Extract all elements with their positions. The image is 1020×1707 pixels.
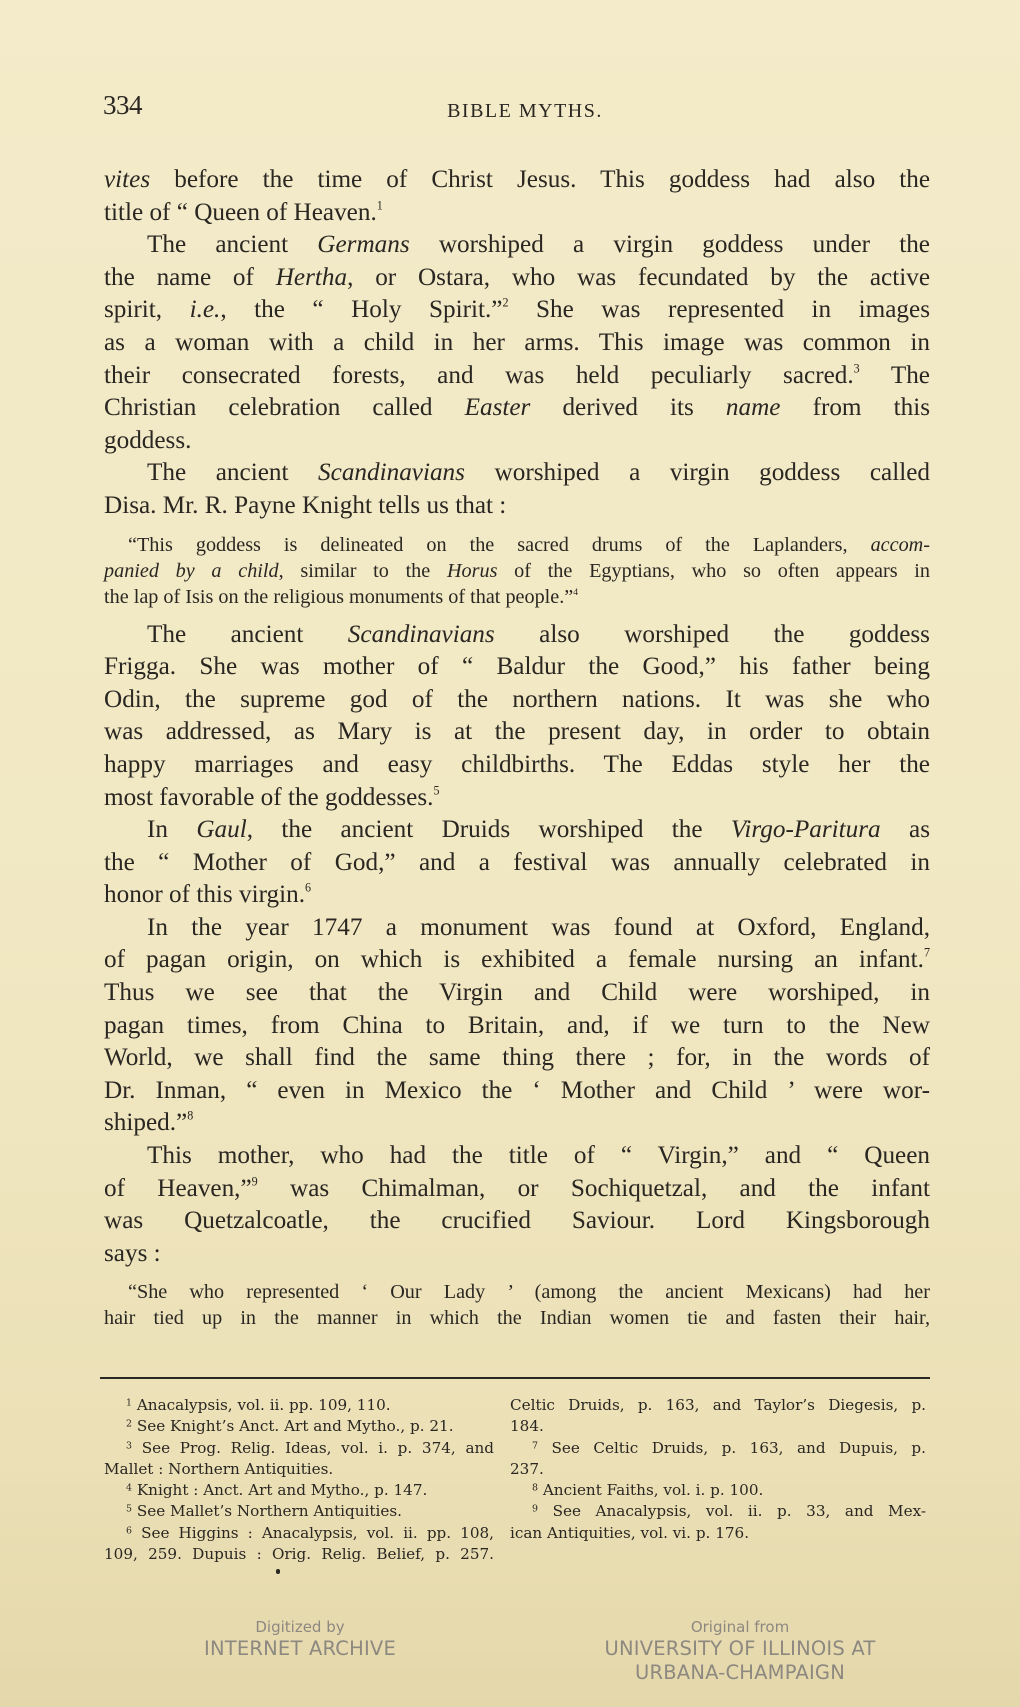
footnote: 5 See Mallet’s Northern Antiquities. xyxy=(104,1501,494,1522)
footnote-ref[interactable]: 4 xyxy=(573,586,578,597)
footnote-ref[interactable]: 1 xyxy=(377,198,383,212)
text-line: title of “ Queen of Heaven.1 xyxy=(104,197,930,230)
text-line: the “ Mother of God,” and a festival was… xyxy=(104,847,930,880)
footnote-ref[interactable]: 6 xyxy=(305,881,311,895)
footnote-continuation: ican Antiquities, vol. vi. p. 176. xyxy=(510,1523,926,1544)
paragraph: The ancient Scandinavians worshiped a vi… xyxy=(104,457,930,522)
ink-speck xyxy=(276,1569,280,1574)
text-line: “She who represented ‘ Our Lady ’ (among… xyxy=(104,1279,930,1305)
text-line: their consecrated forests, and was held … xyxy=(104,360,930,393)
text-line: the name of Hertha, or Ostara, who was f… xyxy=(104,262,930,295)
text-line: as a woman with a child in her arms. Thi… xyxy=(104,327,930,360)
footnote-ref[interactable]: 5 xyxy=(433,783,439,797)
text-line: In Gaul, the ancient Druids worshiped th… xyxy=(104,814,930,847)
paragraph: In Gaul, the ancient Druids worshiped th… xyxy=(104,814,930,912)
footnote: 4 Knight : Anct. Art and Mytho., p. 147. xyxy=(104,1480,494,1501)
footnote-continuation: 109, 259. Dupuis : Orig. Relig. Belief, … xyxy=(104,1544,494,1565)
text-line: vites before the time of Christ Jesus. T… xyxy=(104,164,930,197)
text-line: the lap of Isis on the religious monumen… xyxy=(104,584,930,610)
text-line: Christian celebration called Easter deri… xyxy=(104,392,930,425)
footnote: 7 See Celtic Druids, p. 163, and Dupuis,… xyxy=(510,1438,926,1459)
paragraph: The ancient Germans worshiped a virgin g… xyxy=(104,229,930,457)
text-line: goddess. xyxy=(104,425,930,458)
text-line: This mother, who had the title of “ Virg… xyxy=(104,1140,930,1173)
text-line: In the year 1747 a monument was found at… xyxy=(104,912,930,945)
footnote: 3 See Prog. Relig. Ideas, vol. i. p. 374… xyxy=(104,1438,494,1459)
internet-archive-link[interactable]: INTERNET ARCHIVE xyxy=(180,1637,420,1661)
block-quote: “This goddess is delineated on the sacre… xyxy=(104,532,930,610)
footnote-continuation: 237. xyxy=(510,1459,926,1480)
text-line: Disa. Mr. R. Payne Knight tells us that … xyxy=(104,490,930,523)
footnote-divider xyxy=(100,1377,930,1379)
footnote-ref[interactable]: 7 xyxy=(924,946,930,960)
digitized-by-attribution: Digitized by INTERNET ARCHIVE xyxy=(180,1617,420,1661)
text-line: of Heaven,”9 was Chimalman, or Sochiquet… xyxy=(104,1173,930,1206)
text-line: The ancient Scandinavians also worshiped… xyxy=(104,619,930,652)
footnote-continuation: Mallet : Northern Antiquities. xyxy=(104,1459,494,1480)
text-line: was addressed, as Mary is at the present… xyxy=(104,716,930,749)
original-from-attribution: Original from UNIVERSITY OF ILLINOIS ATU… xyxy=(560,1617,920,1685)
text-line: most favorable of the goddesses.5 xyxy=(104,782,930,815)
footnote-continuation: Celtic Druids, p. 163, and Taylor’s Dieg… xyxy=(510,1395,926,1416)
block-quote: “She who represented ‘ Our Lady ’ (among… xyxy=(104,1279,930,1331)
text-line: The ancient Scandinavians worshiped a vi… xyxy=(104,457,930,490)
text-line: pagan times, from China to Britain, and,… xyxy=(104,1010,930,1043)
footnotes-column-left: 1 Anacalypsis, vol. ii. pp. 109, 110. 2 … xyxy=(104,1395,494,1565)
text-line: World, we shall find the same thing ther… xyxy=(104,1042,930,1075)
footnote-ref[interactable]: 8 xyxy=(187,1109,193,1123)
footnote: 9 See Anacalypsis, vol. ii. p. 33, and M… xyxy=(510,1501,926,1522)
text-line: spirit, i.e., the “ Holy Spirit.”2 She w… xyxy=(104,294,930,327)
text-line: honor of this virgin.6 xyxy=(104,879,930,912)
footnote: 8 Ancient Faiths, vol. i. p. 100. xyxy=(510,1480,926,1501)
footnote: 6 See Higgins : Anacalypsis, vol. ii. pp… xyxy=(104,1523,494,1544)
paragraph: vites before the time of Christ Jesus. T… xyxy=(104,164,930,229)
text-line: happy marriages and easy childbirths. Th… xyxy=(104,749,930,782)
paragraph: The ancient Scandinavians also worshiped… xyxy=(104,619,930,815)
book-page: 334 BIBLE MYTHS. vites before the time o… xyxy=(0,0,1020,1707)
body-text: vites before the time of Christ Jesus. T… xyxy=(104,164,930,1340)
paragraph: In the year 1747 a monument was found at… xyxy=(104,912,930,1140)
footnote: 1 Anacalypsis, vol. ii. pp. 109, 110. xyxy=(104,1395,494,1416)
university-link[interactable]: UNIVERSITY OF ILLINOIS ATURBANA-CHAMPAIG… xyxy=(560,1637,920,1685)
text-line: panied by a child, similar to the Horus … xyxy=(104,558,930,584)
text-line: says : xyxy=(104,1238,930,1271)
text-line: Odin, the supreme god of the northern na… xyxy=(104,684,930,717)
paragraph: This mother, who had the title of “ Virg… xyxy=(104,1140,930,1270)
text-line: Thus we see that the Virgin and Child we… xyxy=(104,977,930,1010)
footnote: 2 See Knight’s Anct. Art and Mytho., p. … xyxy=(104,1416,494,1437)
footnotes-column-right: Celtic Druids, p. 163, and Taylor’s Dieg… xyxy=(510,1395,926,1544)
running-head: BIBLE MYTHS. xyxy=(0,100,1020,123)
text-line: “This goddess is delineated on the sacre… xyxy=(104,532,930,558)
text-line: The ancient Germans worshiped a virgin g… xyxy=(104,229,930,262)
text-line: shiped.”8 xyxy=(104,1107,930,1140)
footnote-continuation: 184. xyxy=(510,1416,926,1437)
text-line: Dr. Inman, “ even in Mexico the ‘ Mother… xyxy=(104,1075,930,1108)
text-line: was Quetzalcoatle, the crucified Saviour… xyxy=(104,1205,930,1238)
text-line: Frigga. She was mother of “ Baldur the G… xyxy=(104,651,930,684)
text-line: hair tied up in the manner in which the … xyxy=(104,1305,930,1331)
text-line: of pagan origin, on which is exhibited a… xyxy=(104,944,930,977)
